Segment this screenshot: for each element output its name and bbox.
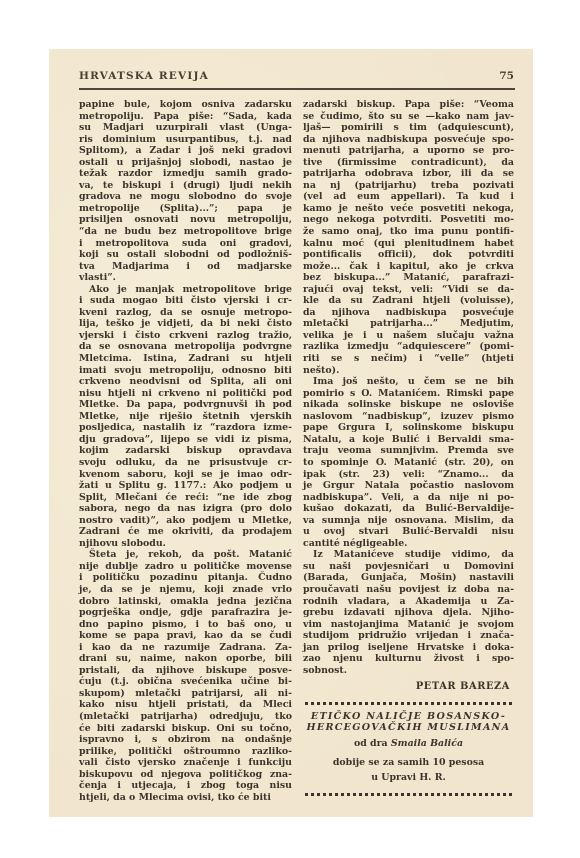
text-line: menuti patrijarha, a uporno se pro- (303, 145, 514, 157)
text-line: metropolije (Splita)...”; papa je (79, 203, 292, 215)
page-number: 75 (499, 70, 514, 82)
text-line: svoju odluku, da ne prisustvuje cr- (79, 457, 292, 469)
dotted-divider-top (305, 702, 512, 705)
text-line: prisiljen osnovati novu metropoliju, (79, 214, 292, 226)
text-line: va sumnja nije osnovana. Mislim, da (303, 515, 514, 527)
text-line: bez biskupa...” Matanić, parafrazi- (303, 272, 514, 284)
text-line: ostali u prijašnjoj slobodi, nastao je (79, 157, 292, 169)
text-line: sabora, nego da nas izigra (pro dolo (79, 503, 292, 515)
text-line: Iz Matanićeve studije vidimo, da (303, 549, 514, 561)
ad-author: od dra Smaila Balića (303, 738, 514, 750)
text-line: Ako je manjak metropolitove brige (79, 284, 292, 296)
text-line: dno papino pismo, i to baš ono, u (79, 619, 292, 631)
text-line: i metropolitova suda oni gradovi, (79, 238, 292, 250)
text-line: kveni razlog, da se osnuje metropo- (79, 307, 292, 319)
text-line: njihovu slobodu. (79, 538, 292, 550)
text-line: kojim zadarski biskup opravdava (79, 445, 292, 457)
text-line: da njihova nadbiskupa posvećuje spo- (303, 134, 514, 146)
text-line: Zadrani će me okriviti, da prodajem (79, 526, 292, 538)
text-line: pogrješka ondje, gdje parafrazira je- (79, 607, 292, 619)
text-line: čenja i utjecaja, i zbog toga nisu (79, 780, 292, 792)
text-line: dobro latinski, omakla jedna jezična (79, 596, 292, 608)
text-line: rajući ovaj tekst, veli: “Vidi se da- (303, 284, 514, 296)
text-line: težak razdor izmedju samih grado- (79, 168, 292, 180)
text-line: kako nisu htjeli pristati, da Mleci (79, 699, 292, 711)
text-line: traju veoma sumnjivim. Premda sve (303, 445, 514, 457)
text-line: razlika izmedju “adquiescere” (pomi- (303, 341, 514, 353)
text-line: nisu htjeli ni crkveno ni politički pod (79, 388, 292, 400)
text-line: posljedica, nastalih iz “razdora izme- (79, 422, 292, 434)
text-line: studijom pridružio vrijedan i znača- (303, 630, 514, 642)
text-line: Splitom), a Zadar i još neki gradovi (79, 145, 292, 157)
text-line: tive (firmissime contradicunt), da (303, 157, 514, 169)
book-advertisement: ETIČKO NALIČJE BOSANSKO- HERCEGOVAČKIH M… (303, 711, 514, 784)
text-line: pontificalis officii), dok potvrditi (303, 249, 514, 261)
text-line: kalnu moć (qui plenitudinem habet (303, 238, 514, 250)
text-line: že samo onaj, tko ima punu pontifi- (303, 226, 514, 238)
text-line: imati svoju metropoliju, odnosno biti (79, 365, 292, 377)
ad-title-line-1: ETIČKO NALIČJE BOSANSKO- (303, 711, 514, 723)
text-line: (Barada, Gunjača, Mošin) nastavili (303, 572, 514, 584)
text-line: i političku pozadinu pitanja. Čudno (79, 572, 292, 584)
text-line: Mletcima. Istina, Zadrani su htjeli (79, 353, 292, 365)
text-line: pristali, da njihove biskupe posve- (79, 665, 292, 677)
text-line: vim nastojanjima Matanić je svojom (303, 619, 514, 631)
ad-price: dobije se za samih 10 pesosa (303, 757, 514, 769)
text-line: nadbiskupa”. Veli, a da nije ni po- (303, 492, 514, 504)
text-line: grebu izdavati njihova djela. Njiho- (303, 607, 514, 619)
left-column: papine bule, kojom osniva zadarskumetrop… (79, 99, 292, 803)
text-line: Split, Mlečani će reći: “ne ide zbog (79, 492, 292, 504)
text-line: prilike, politički oštroumno razliko- (79, 746, 292, 758)
text-line: crkveno neodvisni od Splita, ali oni (79, 376, 292, 388)
ad-author-prefix: od dra (354, 738, 388, 749)
text-line: može... čak i kapitul, ako je crkva (303, 261, 514, 273)
text-line: zao njenu kulturnu živost i spo- (303, 653, 514, 665)
text-line: dju gradova”, lijepo se vidi iz pisma, (79, 434, 292, 446)
ad-where: u Upravi H. R. (303, 772, 514, 784)
text-line: skupom) mletački patrijarsi, ali ni- (79, 688, 292, 700)
text-line: u ovoj stvari Bulić-Bervaldi nisu (303, 526, 514, 538)
text-line: pape Grgura I, solinskome biskupu (303, 422, 514, 434)
text-line: Ima još nešto, u čem se ne bih (303, 376, 514, 388)
text-line: va, te biskupi i (drugi) ljudi nekih (79, 180, 292, 192)
text-line: Mletke, nije riješio štetnih vjerskih (79, 411, 292, 423)
text-line: ispravno i, s obzirom na ondašnje (79, 734, 292, 746)
ad-title-line-2: HERCEGOVAČKIH MUSLIMANA (303, 722, 514, 734)
text-line: je Grgur Natala počastio naslovom (303, 480, 514, 492)
text-line: kome se papa pravi, kao da se čudi (79, 630, 292, 642)
text-line: nije dublje zadro u političke movense (79, 561, 292, 573)
text-line: to spominje O. Matanić (str. 20), on (303, 457, 514, 469)
text-line: rodnih vladara, a Akademija u Za- (303, 596, 514, 608)
text-line: papine bule, kojom osniva zadarsku (79, 99, 292, 111)
text-line: mletački patrijarha...” Medjutim, (303, 318, 514, 330)
text-line: kle da su Zadrani htjeli (voluisse), (303, 295, 514, 307)
text-line: proučavati našu povijest iz doba na- (303, 584, 514, 596)
ad-author-name: Smaila Balića (391, 738, 463, 749)
text-line: na nj (patrijarhu) treba pozivati (303, 180, 514, 192)
right-column-text: zadarski biskup. Papa piše: “Veomase čud… (303, 99, 514, 676)
text-line: sobnost. (303, 665, 514, 677)
text-line: vlasti”. (79, 272, 292, 284)
text-line: je, da se je njemu, koji znade vrlo (79, 584, 292, 596)
text-line: ipak (str. 23) veli: “Znamo... da (303, 469, 514, 481)
author-signature: PETAR BAREZA (303, 681, 514, 693)
text-line: riti se s nečim) i “velle” (htjeti (303, 353, 514, 365)
right-column: zadarski biskup. Papa piše: “Veomase čud… (303, 99, 514, 796)
text-line: (vel ad eum appellari). Ta kud i (303, 191, 514, 203)
text-line: kušao dokazati, da Bulić-Bervaldije- (303, 503, 514, 515)
text-line: kamo je nešto veće posvetiti nekoga, (303, 203, 514, 215)
text-line: nostro vadit)”, ako podjem u Mletke, (79, 515, 292, 527)
text-line: se čudimo, što su se —kako nam jav- (303, 111, 514, 123)
text-line: kvenom saboru, koji se je imao odr- (79, 469, 292, 481)
text-line: žati u Splitu g. 1177.: Ako podjem u (79, 480, 292, 492)
text-line: cantité négligeable. (303, 538, 514, 550)
text-line: lija, teško je vidjeti, da bi neki čisto (79, 318, 292, 330)
text-line: su naši povjesničari u Domovini (303, 561, 514, 573)
text-line: “da ne budu bez metropolitove brige (79, 226, 292, 238)
text-line: i suda mogao biti čisto vjerski i cr- (79, 295, 292, 307)
magazine-page: HRVATSKA REVIJA 75 papine bule, kojom os… (49, 49, 533, 817)
text-line: vjerski i čisto crkveni razlog tražio, (79, 330, 292, 342)
journal-title: HRVATSKA REVIJA (79, 70, 209, 82)
text-line: (mletački patrijarha) odredjuju, tko (79, 711, 292, 723)
text-line: jan prilog iseljene Hrvatske i doka- (303, 642, 514, 654)
text-line: htjeli, da o Mlecima ovisi, tko će biti (79, 792, 292, 804)
text-line: da se osnovana metropolija podvrgne (79, 341, 292, 353)
text-line: naslovom “nadbiskup”, izuzev pismo (303, 411, 514, 423)
text-line: Natalu, a koje Bulić i Bervaldi sma- (303, 434, 514, 446)
text-line: gradova ne mogu slobodno do svoje (79, 191, 292, 203)
text-line: ljaš— pomirili s tim (adquiescunt), (303, 122, 514, 134)
text-line: metropoliju. Papa piše: “Sada, kada (79, 111, 292, 123)
text-line: će biti zadarski biskup. Oni su točno, (79, 723, 292, 735)
text-line: ris dominium usurpantibus, t.j. nad (79, 134, 292, 146)
text-line: biskupovu od njegova političkog zna- (79, 769, 292, 781)
text-line: tva Madjarima i od madjarske (79, 261, 292, 273)
text-line: ćuju (t.j. obična svećenika učine bi- (79, 676, 292, 688)
text-line: Mletke. Da papa, podvrgnuvši ih pod (79, 399, 292, 411)
text-line: nego nekoga potvrditi. Posvetiti mo- (303, 214, 514, 226)
text-line: vali čisto vjersko značenje i funkciju (79, 757, 292, 769)
text-line: i kao da ne razumije Zadrana. Za- (79, 642, 292, 654)
text-line: pomirio s O. Matanićem. Rimski pape (303, 388, 514, 400)
dotted-divider-bottom (305, 793, 512, 796)
text-line: su Madjari uzurpirali vlast (Unga- (79, 122, 292, 134)
text-line: Šteta je, rekoh, da pošt. Matanić (79, 549, 292, 561)
text-line: zadarski biskup. Papa piše: “Veoma (303, 99, 514, 111)
text-line: drani su, naime, nakon oporbe, bili (79, 653, 292, 665)
text-line: nikada solinske biskupe ne osloviše (303, 399, 514, 411)
text-line: velika je i u našem slučaju važna (303, 330, 514, 342)
header-rule (79, 88, 515, 90)
text-line: da njihova nadbiskupa posvećuje (303, 307, 514, 319)
text-line: patrijarha odobrava izbor, ili da se (303, 168, 514, 180)
text-line: koji su ostali slobodni od podložniš- (79, 249, 292, 261)
text-line: nešto). (303, 365, 514, 377)
